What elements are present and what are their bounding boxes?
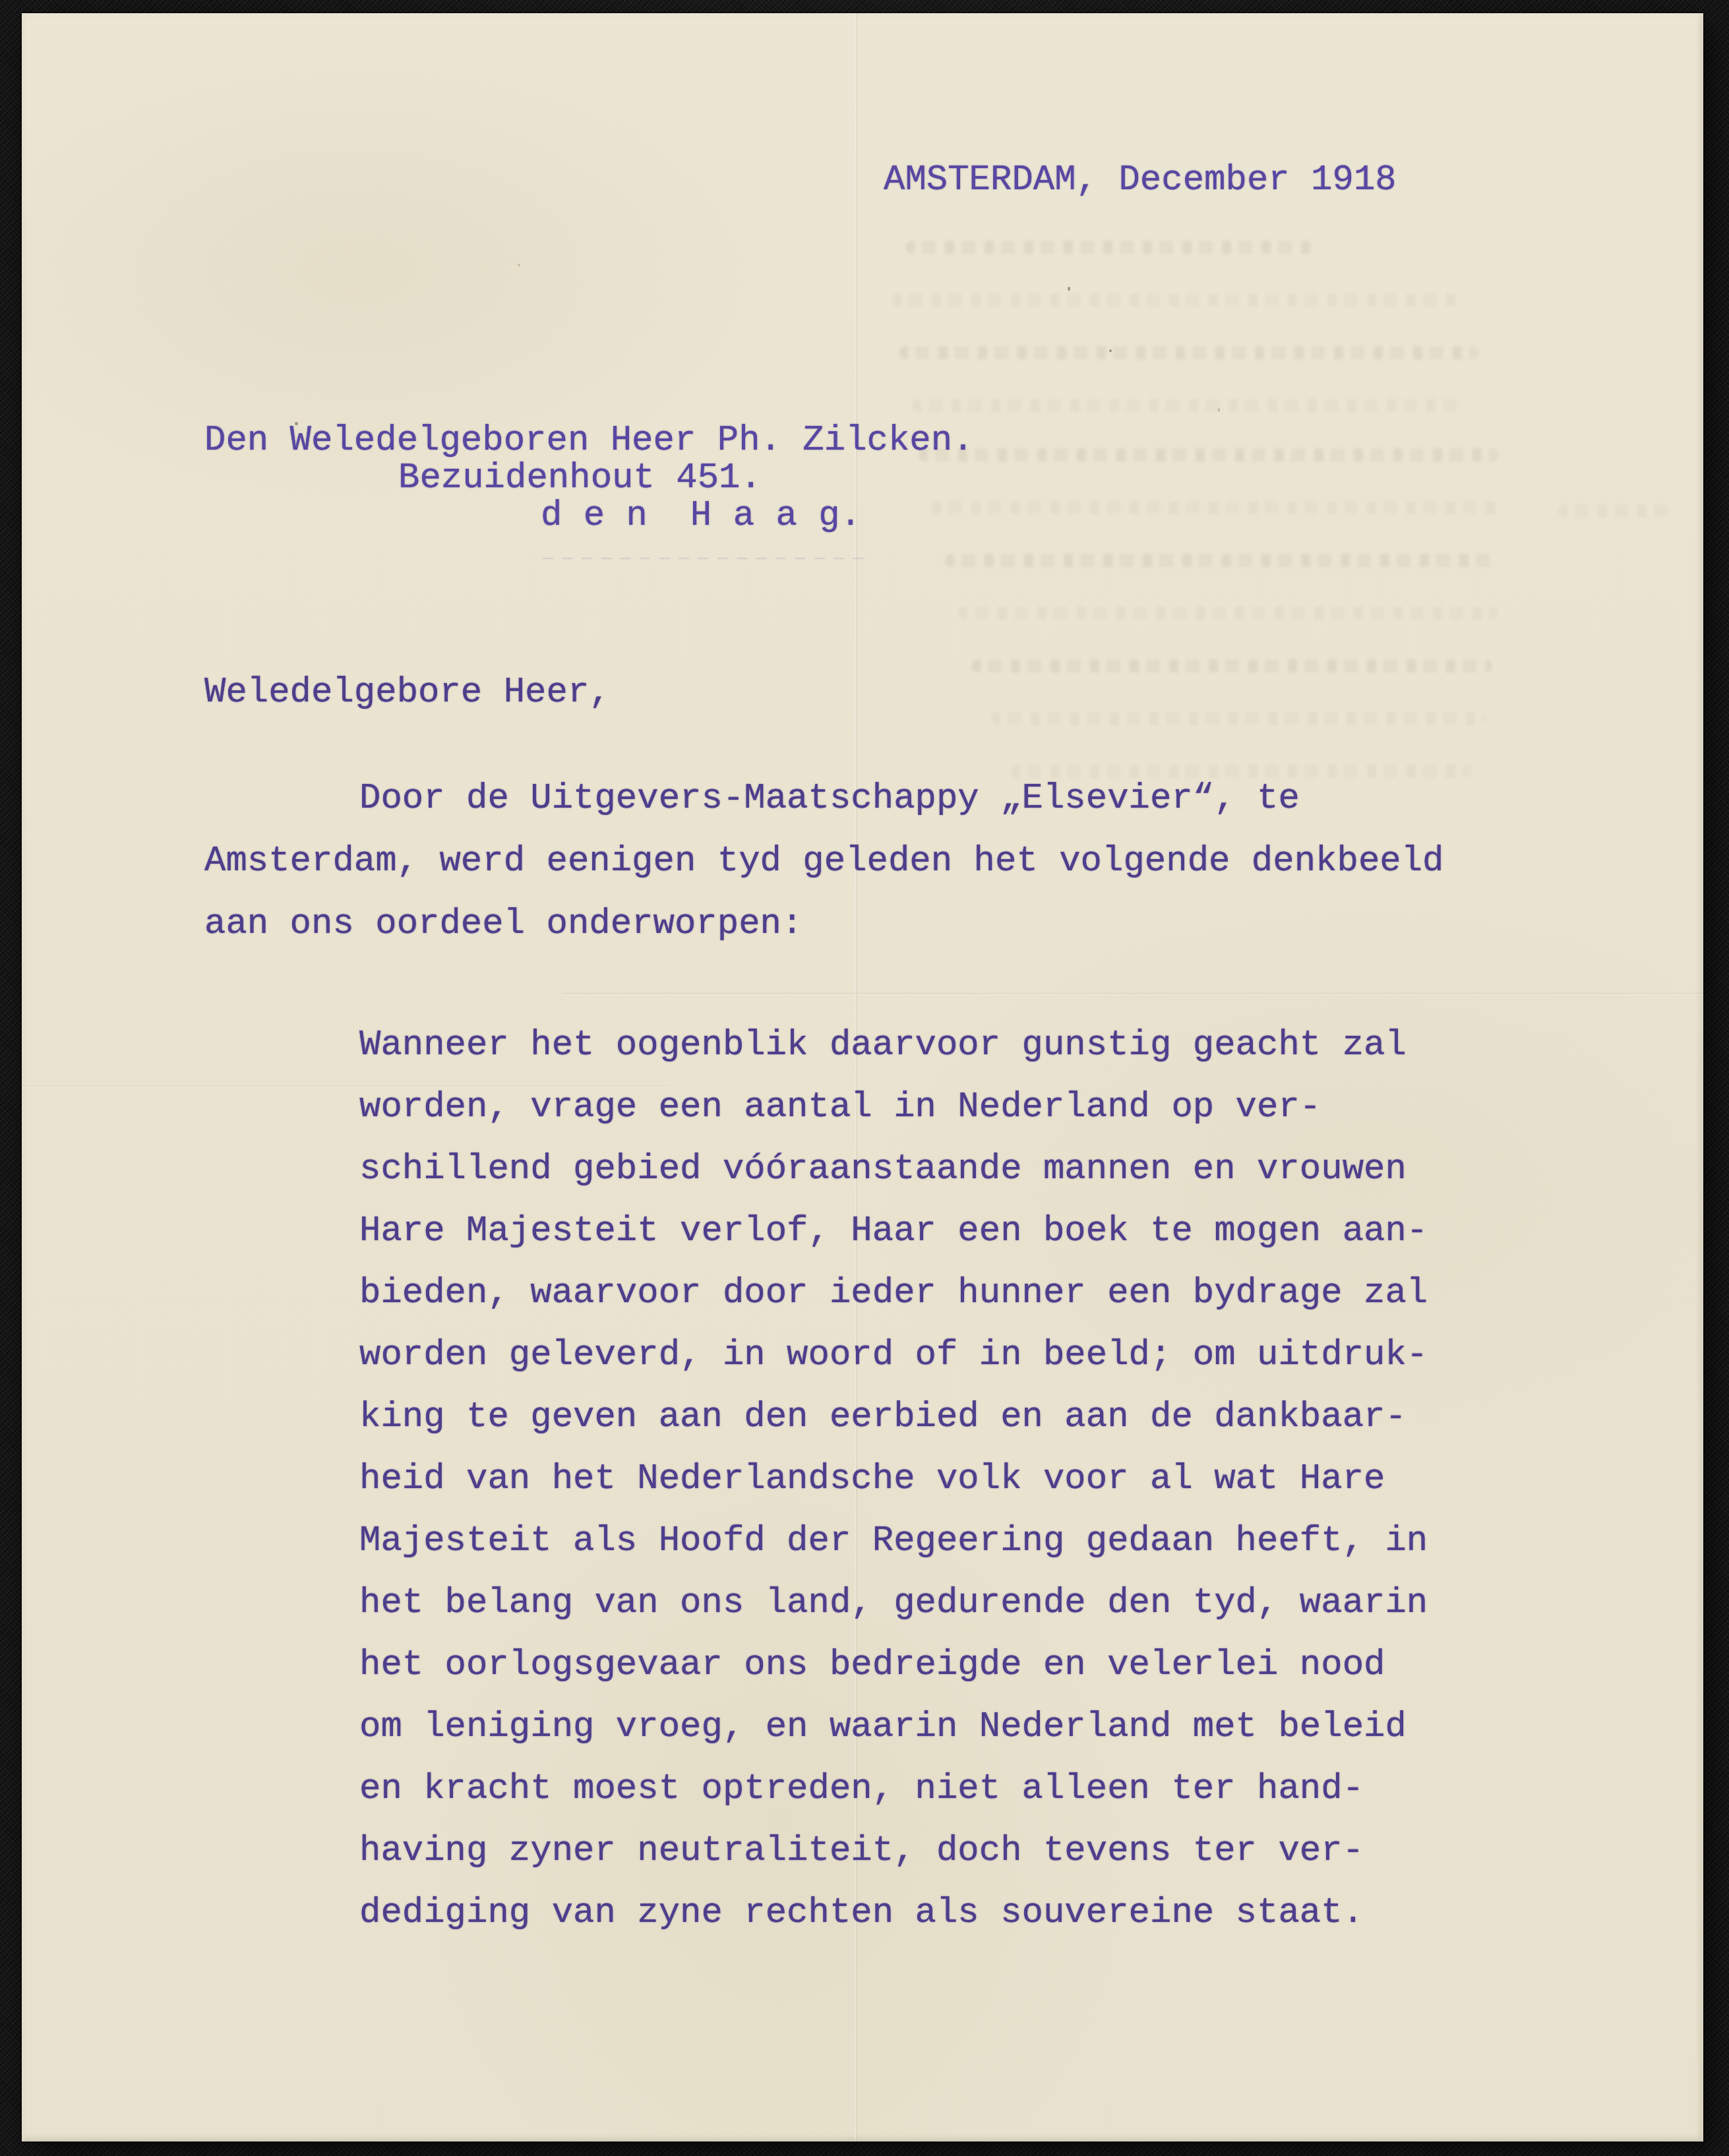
- bleedthrough-text: [958, 607, 1499, 620]
- quote-line: heid van het Nederlandsche volk voor al …: [359, 1449, 1480, 1511]
- scan-background: { "letter": { "date_line": "AMSTERDAM, D…: [0, 0, 1729, 2156]
- bleedthrough-text: [971, 659, 1492, 673]
- quote-line: en kracht moest optreden, niet alleen te…: [359, 1758, 1480, 1820]
- quote-line: Majesteit als Hoofd der Regeering gedaan…: [359, 1511, 1480, 1572]
- paper-speck: [1068, 287, 1070, 291]
- quote-line: king te geven aan den eerbied en aan de …: [359, 1387, 1480, 1449]
- bleedthrough-text: [892, 293, 1459, 307]
- quote-line: worden, vrage een aantal in Nederland op…: [359, 1077, 1480, 1139]
- date-line: AMSTERDAM, December 1918: [884, 163, 1397, 198]
- quote-line: worden geleverd, in woord of in beeld; o…: [359, 1325, 1480, 1387]
- address-line: Den Weledelgeboren Heer Ph. Zilcken.: [204, 422, 974, 460]
- quote-line: having zyner neutraliteit, doch tevens t…: [359, 1820, 1480, 1882]
- quote-line: bieden, waarvoor door ieder hunner een b…: [359, 1263, 1480, 1325]
- bleedthrough-text: [905, 241, 1314, 254]
- address-underline: -----------------: [537, 534, 870, 558]
- bleedthrough-text: [932, 501, 1499, 514]
- intro-paragraph: Door de Uitgevers-Maatschappy „Elsevier“…: [204, 767, 1490, 955]
- bleedthrough-text: [912, 399, 1466, 412]
- address-line: Bezuidenhout 451.: [204, 460, 974, 497]
- paper-speck: [518, 264, 520, 266]
- address-line: d e n H a a g.: [204, 497, 974, 535]
- quote-line: schillend gebied vóóraanstaande mannen e…: [359, 1139, 1480, 1201]
- quote-line: het belang van ons land, gedurende den t…: [359, 1572, 1480, 1634]
- horizontal-fold-crease: [562, 992, 1703, 996]
- paragraph-line: Door de Uitgevers-Maatschappy „Elsevier“…: [204, 767, 1490, 830]
- quote-line: het oorlogsgevaar ons bedreigde en veler…: [359, 1634, 1480, 1696]
- bleedthrough-text: [919, 448, 1499, 462]
- quoted-proposal: Wanneer het oogenblik daarvoor gunstig g…: [359, 1015, 1480, 1944]
- quote-line: om leniging vroeg, en waarin Nederland m…: [359, 1696, 1480, 1758]
- paragraph-line: Amsterdam, werd eenigen tyd geleden het …: [204, 830, 1490, 893]
- quote-line: dediging van zyne rechten als souvereine…: [359, 1882, 1480, 1944]
- bleedthrough-text: [899, 346, 1479, 359]
- salutation: Weledelgebore Heer,: [204, 675, 611, 711]
- paper-speck: [1218, 408, 1220, 411]
- quote-line: Hare Majesteit verlof, Haar een boek te …: [359, 1201, 1480, 1263]
- quote-line: Wanneer het oogenblik daarvoor gunstig g…: [359, 1015, 1480, 1077]
- bleedthrough-text: [991, 712, 1486, 725]
- paragraph-line: aan ons oordeel onderworpen:: [204, 893, 1490, 955]
- recipient-address: Den Weledelgeboren Heer Ph. Zilcken.Bezu…: [204, 422, 974, 535]
- letter-page: AMSTERDAM, December 1918 Den Weledelgebo…: [22, 13, 1703, 2141]
- paper-speck: [1109, 349, 1112, 352]
- bleedthrough-text: [1558, 504, 1670, 518]
- bleedthrough-text: [945, 554, 1499, 567]
